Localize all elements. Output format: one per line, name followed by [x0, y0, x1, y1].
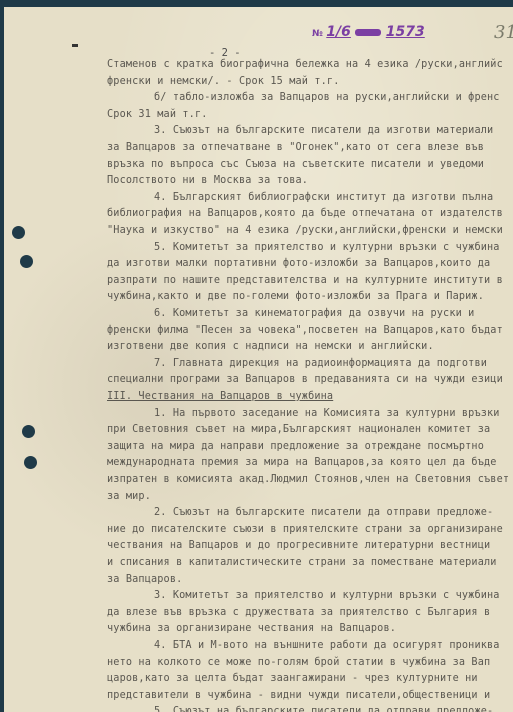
text-line: специални програми за Вапцаров в предава… — [107, 374, 503, 385]
text-line: чествания на Вапцаров и до прогресивните… — [107, 540, 490, 551]
folio-number: 31 — [494, 22, 513, 43]
punch-hole — [22, 425, 35, 438]
text-line: "Наука и изкуство" на 4 езика /руски,анг… — [107, 225, 503, 236]
text-line: представители в чужбина - видни чужди пи… — [107, 690, 490, 701]
text-line: 4. БТА и М-вото на външните работи да ос… — [154, 640, 500, 651]
text-line: френски и немски/. - Срок 15 май т.г. — [107, 76, 340, 87]
punch-hole — [12, 226, 25, 239]
stamp-prefix: № — [312, 29, 322, 39]
stamp-number: 1/6 — [326, 24, 351, 40]
document-page: № 1/6 1573 31 - 2 - Стаменов с кратка би… — [4, 7, 513, 712]
punch-hole — [24, 456, 37, 469]
page-number: - 2 - — [209, 47, 241, 59]
punch-hole — [20, 255, 33, 268]
text-line: 4. Българският библиографски институт да… — [154, 192, 493, 203]
text-line: да изготви малки портативни фото-изложби… — [107, 258, 490, 269]
text-line: ние до писателските съюзи в приятелските… — [107, 524, 503, 535]
text-line: френски филма "Песен за човека",посветен… — [107, 325, 503, 336]
text-line: за Вапцаров за отпечатване в "Огонек",ка… — [107, 142, 484, 153]
section-heading: III. Чествания на Вапцаров в чужбина — [107, 391, 333, 402]
text-line: 5. Съюзът на българските писатели да отп… — [154, 706, 493, 712]
text-line: чужбина за организиране чествания на Вап… — [107, 623, 396, 634]
text-line: 2. Съюзът на българските писатели да отп… — [154, 507, 493, 518]
text-line: да влезе във връзка с дружествата за при… — [107, 607, 490, 618]
text-line: Стаменов с кратка биографична бележка на… — [107, 59, 503, 70]
text-line: чужбина,както и две по-големи фото-излож… — [107, 291, 484, 302]
text-line: изготвени две копия с надписи на немски … — [107, 341, 434, 352]
text-line: връзка по въпроса със Съюза на съветскит… — [107, 159, 484, 170]
text-line: нето на колкото се може по-голям брой ст… — [107, 657, 490, 668]
text-line: 3. Съюзът на българските писатели да изг… — [154, 125, 493, 136]
text-line: и списания в капиталистическите страни з… — [107, 557, 497, 568]
text-line: международната премия за мира на Вапцаро… — [107, 457, 497, 468]
stamp-blot — [355, 29, 381, 36]
text-line: Срок 31 май т.г. — [107, 109, 208, 120]
text-line: за мир. — [107, 491, 151, 502]
text-line: 7. Главната дирекция на радиоинформацият… — [154, 358, 487, 369]
text-line: б/ табло-изложба за Вапцаров на руски,ан… — [154, 92, 500, 103]
registry-stamp: № 1/6 1573 — [312, 24, 425, 40]
text-line: царов,като за целта бъдат заангажирани -… — [107, 673, 478, 684]
text-line: 5. Комитетът за приятелство и културни в… — [154, 242, 500, 253]
text-line: 1. На първото заседание на Комисията за … — [154, 408, 500, 419]
text-line: 6. Комитетът за кинематография да озвучи… — [154, 308, 474, 319]
text-line: Посолството ни в Москва за това. — [107, 175, 308, 186]
margin-mark — [72, 44, 78, 47]
text-line: за Вапцаров. — [107, 574, 182, 585]
text-line: изпратен в комисията акад.Людмил Стоянов… — [107, 474, 509, 485]
text-line: библиография на Вапцаров,която да бъде о… — [107, 208, 503, 219]
text-line: 3. Комитетът за приятелство и културни в… — [154, 590, 500, 601]
text-line: разпрати по нашите представителства и на… — [107, 275, 503, 286]
text-line: защита на мира да направи предложение за… — [107, 441, 484, 452]
text-line: при Световния съвет на мира,Българският … — [107, 424, 490, 435]
stamp-year: 1573 — [386, 24, 425, 40]
